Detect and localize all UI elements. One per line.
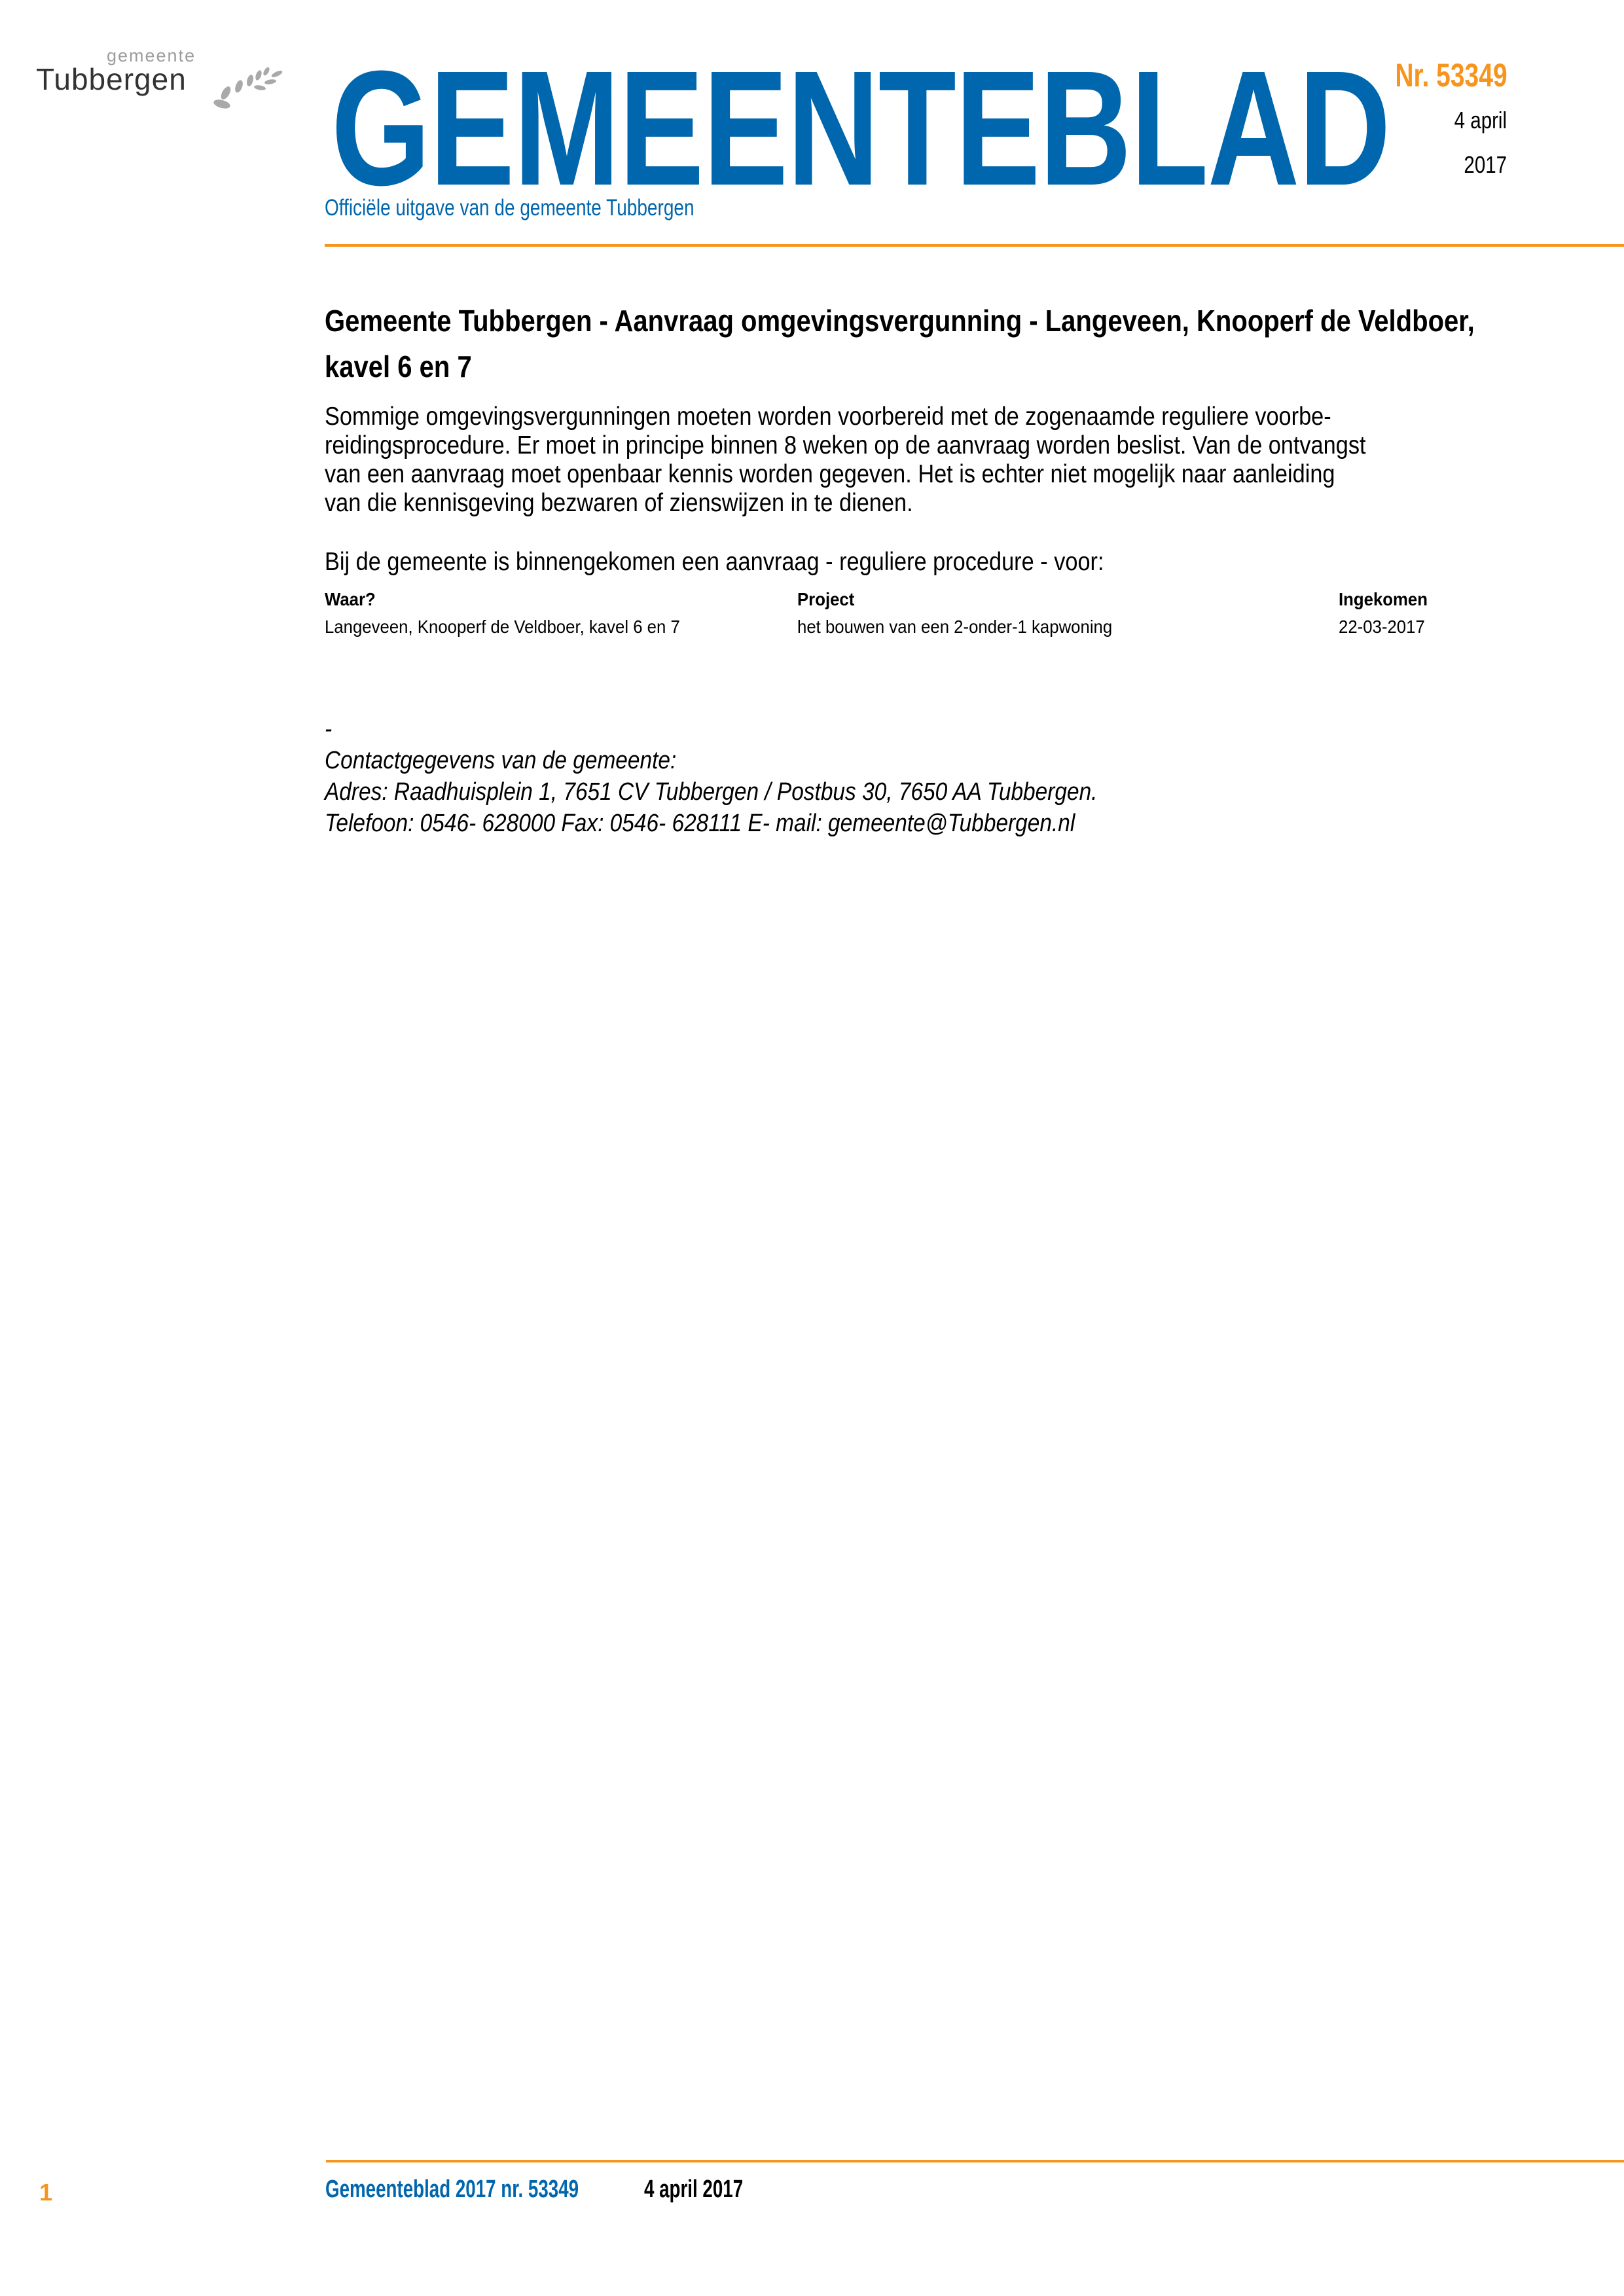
table-header-text: Waar?	[325, 590, 376, 609]
table-cell-text: Langeveen, Knooperf de Veldboer, kavel 6…	[325, 618, 680, 636]
footer-publication: Gemeenteblad 2017 nr. 53349	[325, 2177, 672, 2202]
issue-number: Nr. 53349	[1363, 59, 1507, 92]
issue-year: 2017	[1454, 153, 1507, 177]
header-divider	[325, 244, 1624, 247]
article-title: Gemeente Tubbergen - Aanvraag omgevingsv…	[325, 298, 1509, 389]
table-header-project: Project	[797, 590, 859, 609]
contact-separator: -	[325, 713, 332, 745]
footer-date: 4 april 2017	[644, 2177, 780, 2202]
table-header-ingekomen: Ingekomen	[1339, 590, 1435, 609]
contact-phone-email: Telefoon: 0546- 628000 Fax: 0546- 628111…	[325, 808, 1075, 839]
intro-paragraph: Sommige omgevingsvergunningen moeten wor…	[325, 403, 1509, 518]
request-intro-text: Bij de gemeente is binnengekomen een aan…	[325, 548, 1104, 577]
table-cell-received-date: 22-03-2017	[1339, 618, 1432, 636]
request-intro: Bij de gemeente is binnengekomen een aan…	[325, 548, 1210, 577]
intro-line: Sommige omgevingsvergunningen moeten wor…	[325, 403, 1331, 431]
masthead-subtitle-text: Officiële uitgave van de gemeente Tubber…	[325, 196, 695, 219]
table-cell-text: 22-03-2017	[1339, 618, 1425, 636]
footer-date-text: 4 april 2017	[644, 2177, 743, 2202]
issue-date: 4 april	[1443, 109, 1507, 132]
contact-address: Adres: Raadhuisplein 1, 7651 CV Tubberge…	[325, 776, 1097, 808]
article-title-text: Gemeente Tubbergen - Aanvraag omgevingsv…	[325, 298, 1515, 389]
issue-date-text: 4 april	[1454, 109, 1507, 132]
masthead-subtitle: Officiële uitgave van de gemeente Tubber…	[325, 196, 787, 219]
table-cell-project: het bouwen van een 2-onder-1 kapwoning	[797, 618, 1140, 636]
intro-line: reidingsprocedure. Er moet in principe b…	[325, 431, 1366, 460]
footer-divider	[326, 2160, 1624, 2162]
table-cell-text: het bouwen van een 2-onder-1 kapwoning	[797, 618, 1112, 636]
issue-number-text: Nr. 53349	[1396, 59, 1507, 92]
intro-line: van die kennisgeving bezwaren of zienswi…	[325, 489, 913, 518]
logo-main-text: Tubbergen	[36, 62, 187, 97]
table-header-text: Project	[797, 590, 854, 609]
table-header-text: Ingekomen	[1339, 590, 1428, 609]
table-cell-location: Langeveen, Knooperf de Veldboer, kavel 6…	[325, 618, 711, 636]
intro-line: van een aanvraag moet openbaar kennis wo…	[325, 460, 1335, 489]
wheat-leaves-icon	[213, 64, 285, 111]
table-header-waar: Waar?	[325, 590, 380, 609]
page-number: 1	[39, 2181, 52, 2204]
issue-year-text: 2017	[1464, 153, 1507, 177]
contact-heading: Contactgegevens van de gemeente:	[325, 745, 676, 776]
contact-block: - Contactgegevens van de gemeente: Adres…	[325, 713, 1202, 839]
municipality-logo: gemeente Tubbergen	[36, 46, 291, 118]
footer-publication-text: Gemeenteblad 2017 nr. 53349	[325, 2177, 579, 2202]
masthead-title-text: GEMEENTEBLAD	[331, 46, 1390, 210]
